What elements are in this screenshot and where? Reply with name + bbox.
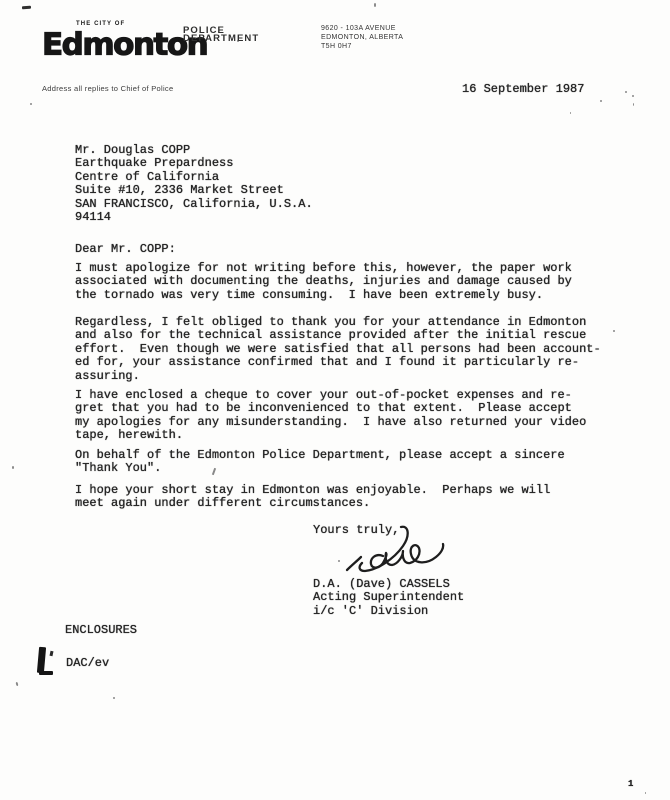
headquarters-address: 9620 - 103A AVENUE EDMONTON, ALBERTA T5H… xyxy=(321,25,403,51)
recipient-address: Mr. Douglas COPP Earthquake Prepardness … xyxy=(75,144,313,224)
ink-blot-stem xyxy=(37,647,46,674)
ink-blot-tick xyxy=(50,651,54,657)
scan-speck xyxy=(632,95,634,97)
handwritten-signature xyxy=(342,523,467,581)
scan-speck xyxy=(613,330,615,332)
scan-speck xyxy=(237,40,239,42)
body-paragraph-1: I must apologize for not writing before … xyxy=(75,262,572,302)
scan-speck xyxy=(16,682,19,686)
scan-speck xyxy=(30,103,32,105)
scan-speck xyxy=(374,3,376,7)
scan-speck xyxy=(113,697,115,699)
ink-blot-mark xyxy=(35,647,53,677)
signer-block: D.A. (Dave) CASSELS Acting Superintenden… xyxy=(313,578,464,618)
dept-line-2: DEPARTMENT xyxy=(183,35,259,43)
scan-speck xyxy=(625,91,627,93)
scan-artifact-dash xyxy=(22,6,31,10)
scan-speck xyxy=(633,103,634,106)
body-paragraph-3: I have enclosed a cheque to cover your o… xyxy=(75,389,586,443)
body-paragraph-4: On behalf of the Edmonton Police Departm… xyxy=(75,449,565,476)
scan-speck xyxy=(570,112,571,114)
scan-speck xyxy=(600,100,602,102)
enclosures-label: ENCLOSURES xyxy=(65,624,137,637)
body-paragraph-2: Regardless, I felt obliged to thank you … xyxy=(75,316,601,383)
letter-date: 16 September 1987 xyxy=(462,83,584,96)
ink-blot-foot xyxy=(39,671,53,675)
replies-note: Address all replies to Chief of Police xyxy=(42,84,173,93)
scanned-letter-page: THE CITY OF Edmonton POLICE DEPARTMENT 9… xyxy=(0,0,670,800)
salutation: Dear Mr. COPP: xyxy=(75,243,176,256)
page-number: 1 xyxy=(628,778,633,791)
police-department-label: POLICE DEPARTMENT xyxy=(183,27,259,44)
scan-speck xyxy=(12,466,14,469)
reference-initials: DAC/ev xyxy=(66,657,109,670)
scan-speck xyxy=(645,792,646,794)
body-paragraph-5: I hope your short stay in Edmonton was e… xyxy=(75,484,550,511)
scan-speck xyxy=(338,560,340,562)
